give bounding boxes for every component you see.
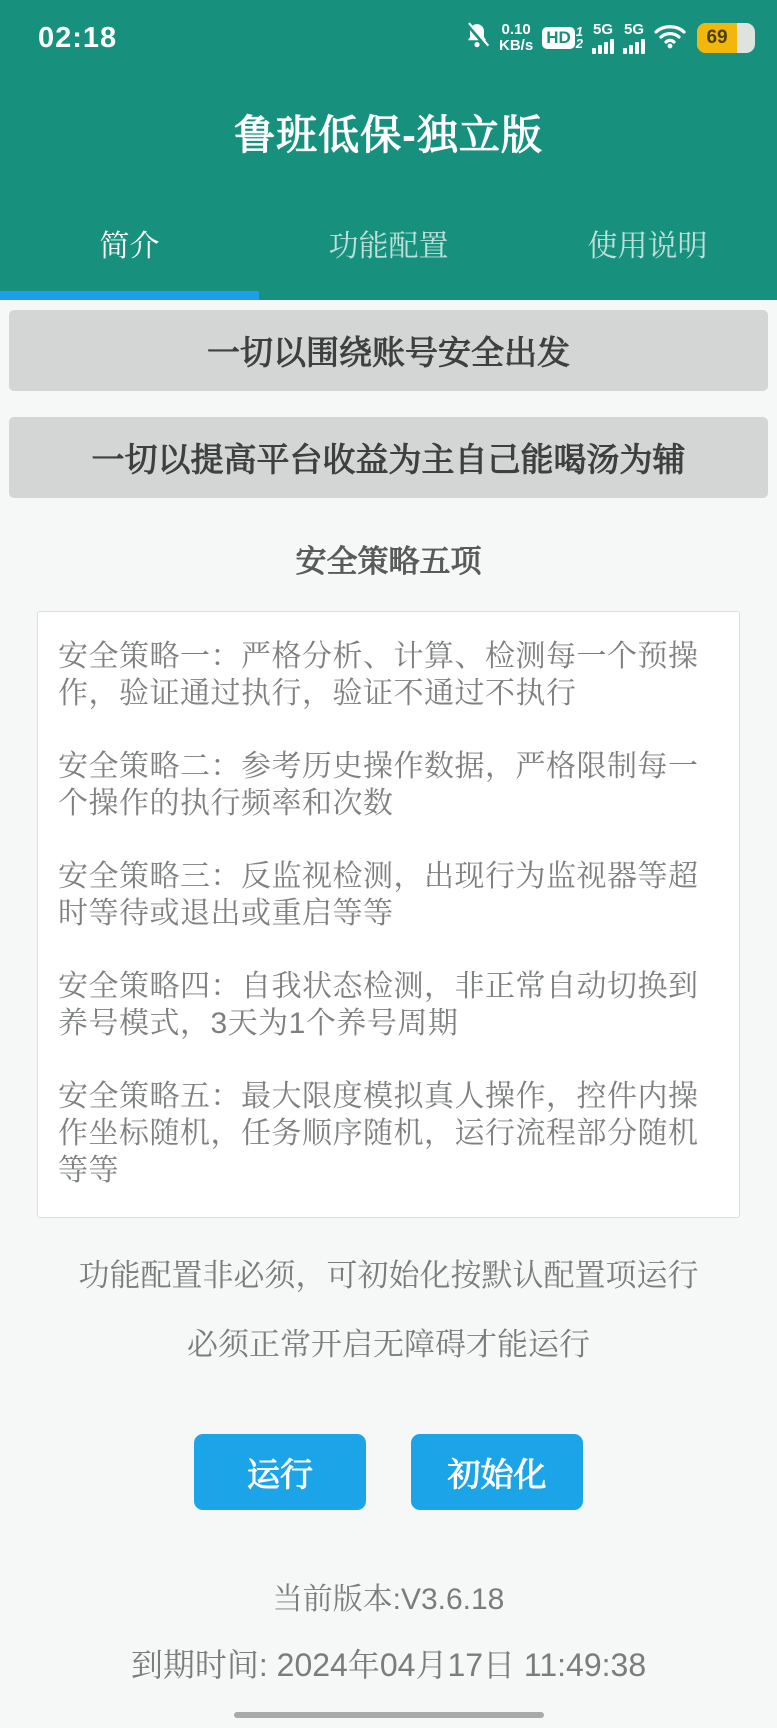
volte-hd-icon: HD 1 2 [542,26,583,50]
hint-config-optional: 功能配置非必须，可初始化按默认配置项运行 [0,1250,777,1295]
strategy-item-1: 安全策略一：严格分析、计算、检测每一个预操作，验证通过执行，验证不通过不执行 [58,638,719,712]
clock: 02:18 [38,22,117,55]
expiry-time-text: 到期时间: 2024年04月17日 11:49:38 [0,1640,777,1686]
cellular-signal-sim2-icon: 5G [623,23,645,54]
tab-usage-instructions[interactable]: 使用说明 [518,195,777,291]
current-version-text: 当前版本:V3.6.18 [0,1574,777,1618]
page-title: 鲁班低保-独立版 [0,70,777,195]
cellular-signal-sim1-icon: 5G [592,23,614,54]
tab-bar: 简介 功能配置 使用说明 [0,195,777,291]
tab-intro[interactable]: 简介 [0,195,259,291]
hd-sim2-label: 2 [576,38,583,50]
strategy-item-4: 安全策略四：自我状态检测，非正常自动切换到养号模式，3天为1个养号周期 [58,968,719,1042]
notifications-off-icon [464,22,490,55]
network-speed-unit: KB/s [499,38,533,54]
battery-percent: 69 [697,23,737,53]
action-buttons: 运行 初始化 [0,1434,777,1510]
security-strategy-list: 安全策略一：严格分析、计算、检测每一个预操作，验证通过执行，验证不通过不执行 安… [37,611,740,1218]
strategy-item-5: 安全策略五：最大限度模拟真人操作，控件内操作坐标随机，任务顺序随机，运行流程部分… [58,1078,719,1189]
section-title-security-strategies: 安全策略五项 [0,536,777,581]
slogan-banner-platform-revenue: 一切以提高平台收益为主自己能喝汤为辅 [9,417,768,498]
home-indicator-bar[interactable] [234,1712,544,1718]
run-button[interactable]: 运行 [194,1434,366,1510]
initialize-button[interactable]: 初始化 [411,1434,583,1510]
battery-icon: 69 [697,23,755,53]
strategy-item-3: 安全策略三：反监视检测，出现行为监视器等超时等待或退出或重启等等 [58,858,719,932]
status-icons: 0.10 KB/s HD 1 2 5G 5G [464,22,755,55]
status-bar: 02:18 0.10 KB/s HD 1 2 [0,0,777,70]
tab-feature-config[interactable]: 功能配置 [259,195,518,291]
strategy-item-2: 安全策略二：参考历史操作数据，严格限制每一个操作的执行频率和次数 [58,748,719,822]
slogan-banner-account-safety: 一切以围绕账号安全出发 [9,310,768,391]
hint-accessibility-required: 必须正常开启无障碍才能运行 [0,1319,777,1364]
network-speed: 0.10 KB/s [499,22,533,54]
network-speed-value: 0.10 [502,22,531,38]
wifi-icon [654,23,686,54]
app-header: 02:18 0.10 KB/s HD 1 2 [0,0,777,300]
footer: 当前版本:V3.6.18 到期时间: 2024年04月17日 11:49:38 [0,1574,777,1718]
active-tab-indicator [0,291,259,300]
